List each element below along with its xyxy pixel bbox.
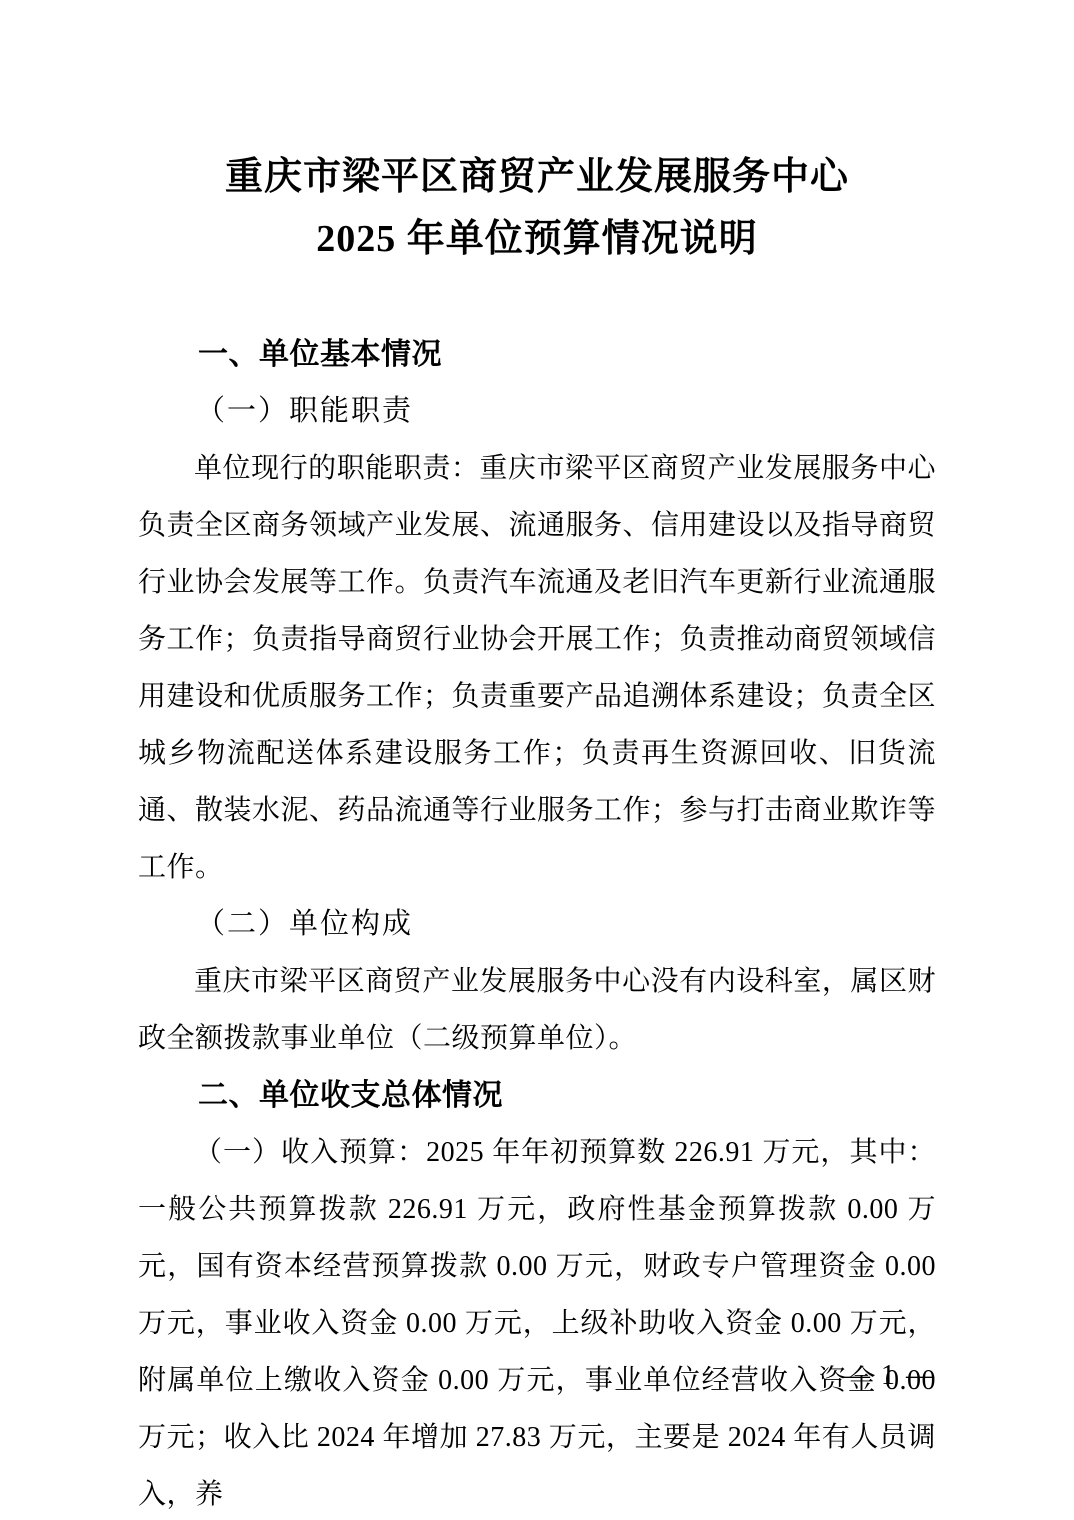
paragraph-functions-duties: 单位现行的职能职责：重庆市梁平区商贸产业发展服务中心负责全区商务领域产业发展、流… [138, 440, 936, 896]
section-2-heading: 二、单位收支总体情况 [138, 1067, 936, 1124]
paragraph-unit-composition: 重庆市梁平区商贸产业发展服务中心没有内设科室，属区财政全额拨款事业单位（二级预算… [138, 953, 936, 1067]
document-body: 一、单位基本情况 （一）职能职责 单位现行的职能职责：重庆市梁平区商贸产业发展服… [138, 326, 936, 1520]
section-1-heading: 一、单位基本情况 [138, 326, 936, 383]
document-title-line2: 2025 年单位预算情况说明 [0, 208, 1074, 270]
paragraph-revenue-budget: （一）收入预算：2025 年年初预算数 226.91 万元，其中：一般公共预算拨… [138, 1124, 936, 1520]
subsection-1-2-heading: （二）单位构成 [138, 896, 936, 953]
document-title: 重庆市梁平区商贸产业发展服务中心 2025 年单位预算情况说明 [0, 0, 1074, 270]
subsection-1-1-heading: （一）职能职责 [138, 383, 936, 440]
document-page: 重庆市梁平区商贸产业发展服务中心 2025 年单位预算情况说明 一、单位基本情况… [0, 0, 1074, 1520]
page-number: — 1 — [842, 1358, 936, 1394]
document-title-line1: 重庆市梁平区商贸产业发展服务中心 [0, 146, 1074, 208]
